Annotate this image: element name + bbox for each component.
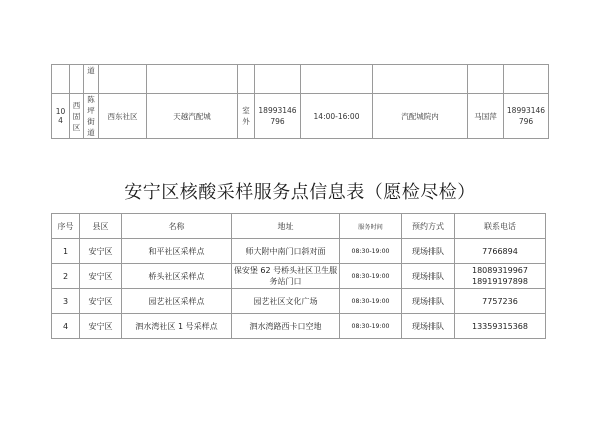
row-no: 3 [52, 289, 80, 314]
row-name: 和平社区采样点 [122, 239, 232, 264]
header-county: 县区 [80, 214, 122, 239]
address-cell: 汽配城院内 [373, 94, 468, 139]
header-booking: 预约方式 [402, 214, 455, 239]
row-name: 园艺社区采样点 [122, 289, 232, 314]
previous-page-table: 道 104 西固区 陈坪街道 西东社区 天越汽配城 室外 18993146796… [51, 64, 549, 139]
row-phone: 18089319967 [455, 265, 545, 276]
hours-cell: 14:00-16:00 [301, 94, 373, 139]
sampling-sites-table: 序号 县区 名称 地址 服务时间 预约方式 联系电话 1 安宁区 和平社区采样点… [51, 213, 546, 339]
row-booking: 现场排队 [402, 289, 455, 314]
row-name: 泗水湾社区 1 号采样点 [122, 314, 232, 339]
row-address: 师大附中南门口斜对面 [232, 239, 340, 264]
table-header-row: 序号 县区 名称 地址 服务时间 预约方式 联系电话 [52, 214, 546, 239]
row-phone-secondary: 18919197898 [455, 276, 545, 287]
row-hours: 08:30-19:00 [340, 314, 402, 339]
row-index: 104 [52, 94, 70, 139]
row-booking: 现场排队 [402, 314, 455, 339]
header-name: 名称 [122, 214, 232, 239]
header-hours: 服务时间 [340, 214, 402, 239]
header-address: 地址 [232, 214, 340, 239]
phone-cell: 18993146796 [255, 94, 301, 139]
row-phone-cell: 18089319967 18919197898 [455, 264, 546, 289]
row-no: 4 [52, 314, 80, 339]
row-county: 安宁区 [80, 314, 122, 339]
row-address: 泗水湾路西卡口空地 [232, 314, 340, 339]
community-cell: 西东社区 [99, 94, 147, 139]
street-cell: 陈坪街道 [84, 94, 99, 139]
row-phone: 7757236 [455, 289, 546, 314]
row-address: 保安堡 62 号桥头社区卫生服务站门口 [232, 264, 340, 289]
row-booking: 现场排队 [402, 264, 455, 289]
row-hours: 08:30-19:00 [340, 264, 402, 289]
row-name: 桥头社区采样点 [122, 264, 232, 289]
row-hours: 08:30-19:00 [340, 289, 402, 314]
contact-phone-cell: 18993146796 [504, 94, 549, 139]
row-address: 园艺社区文化广场 [232, 289, 340, 314]
table-row: 3 安宁区 园艺社区采样点 园艺社区文化广场 08:30-19:00 现场排队 … [52, 289, 546, 314]
location-type-cell: 室外 [238, 94, 255, 139]
page-title: 安宁区核酸采样服务点信息表（愿检尽检） [0, 178, 600, 204]
row-no: 1 [52, 239, 80, 264]
table-row: 2 安宁区 桥头社区采样点 保安堡 62 号桥头社区卫生服务站门口 08:30-… [52, 264, 546, 289]
table-row-partial: 道 [52, 65, 549, 94]
row-no: 2 [52, 264, 80, 289]
table-row: 104 西固区 陈坪街道 西东社区 天越汽配城 室外 18993146796 1… [52, 94, 549, 139]
contact-person-cell: 马国萍 [468, 94, 504, 139]
header-phone: 联系电话 [455, 214, 546, 239]
row-phone: 7766894 [455, 239, 546, 264]
district-cell: 西固区 [70, 94, 84, 139]
row-booking: 现场排队 [402, 239, 455, 264]
site-cell: 天越汽配城 [147, 94, 238, 139]
row-county: 安宁区 [80, 289, 122, 314]
row-county: 安宁区 [80, 264, 122, 289]
row-phone: 13359315368 [455, 314, 546, 339]
table-row: 1 安宁区 和平社区采样点 师大附中南门口斜对面 08:30-19:00 现场排… [52, 239, 546, 264]
row-county: 安宁区 [80, 239, 122, 264]
row-hours: 08:30-19:00 [340, 239, 402, 264]
street-cell-tail: 道 [84, 65, 99, 94]
table-row: 4 安宁区 泗水湾社区 1 号采样点 泗水湾路西卡口空地 08:30-19:00… [52, 314, 546, 339]
header-no: 序号 [52, 214, 80, 239]
